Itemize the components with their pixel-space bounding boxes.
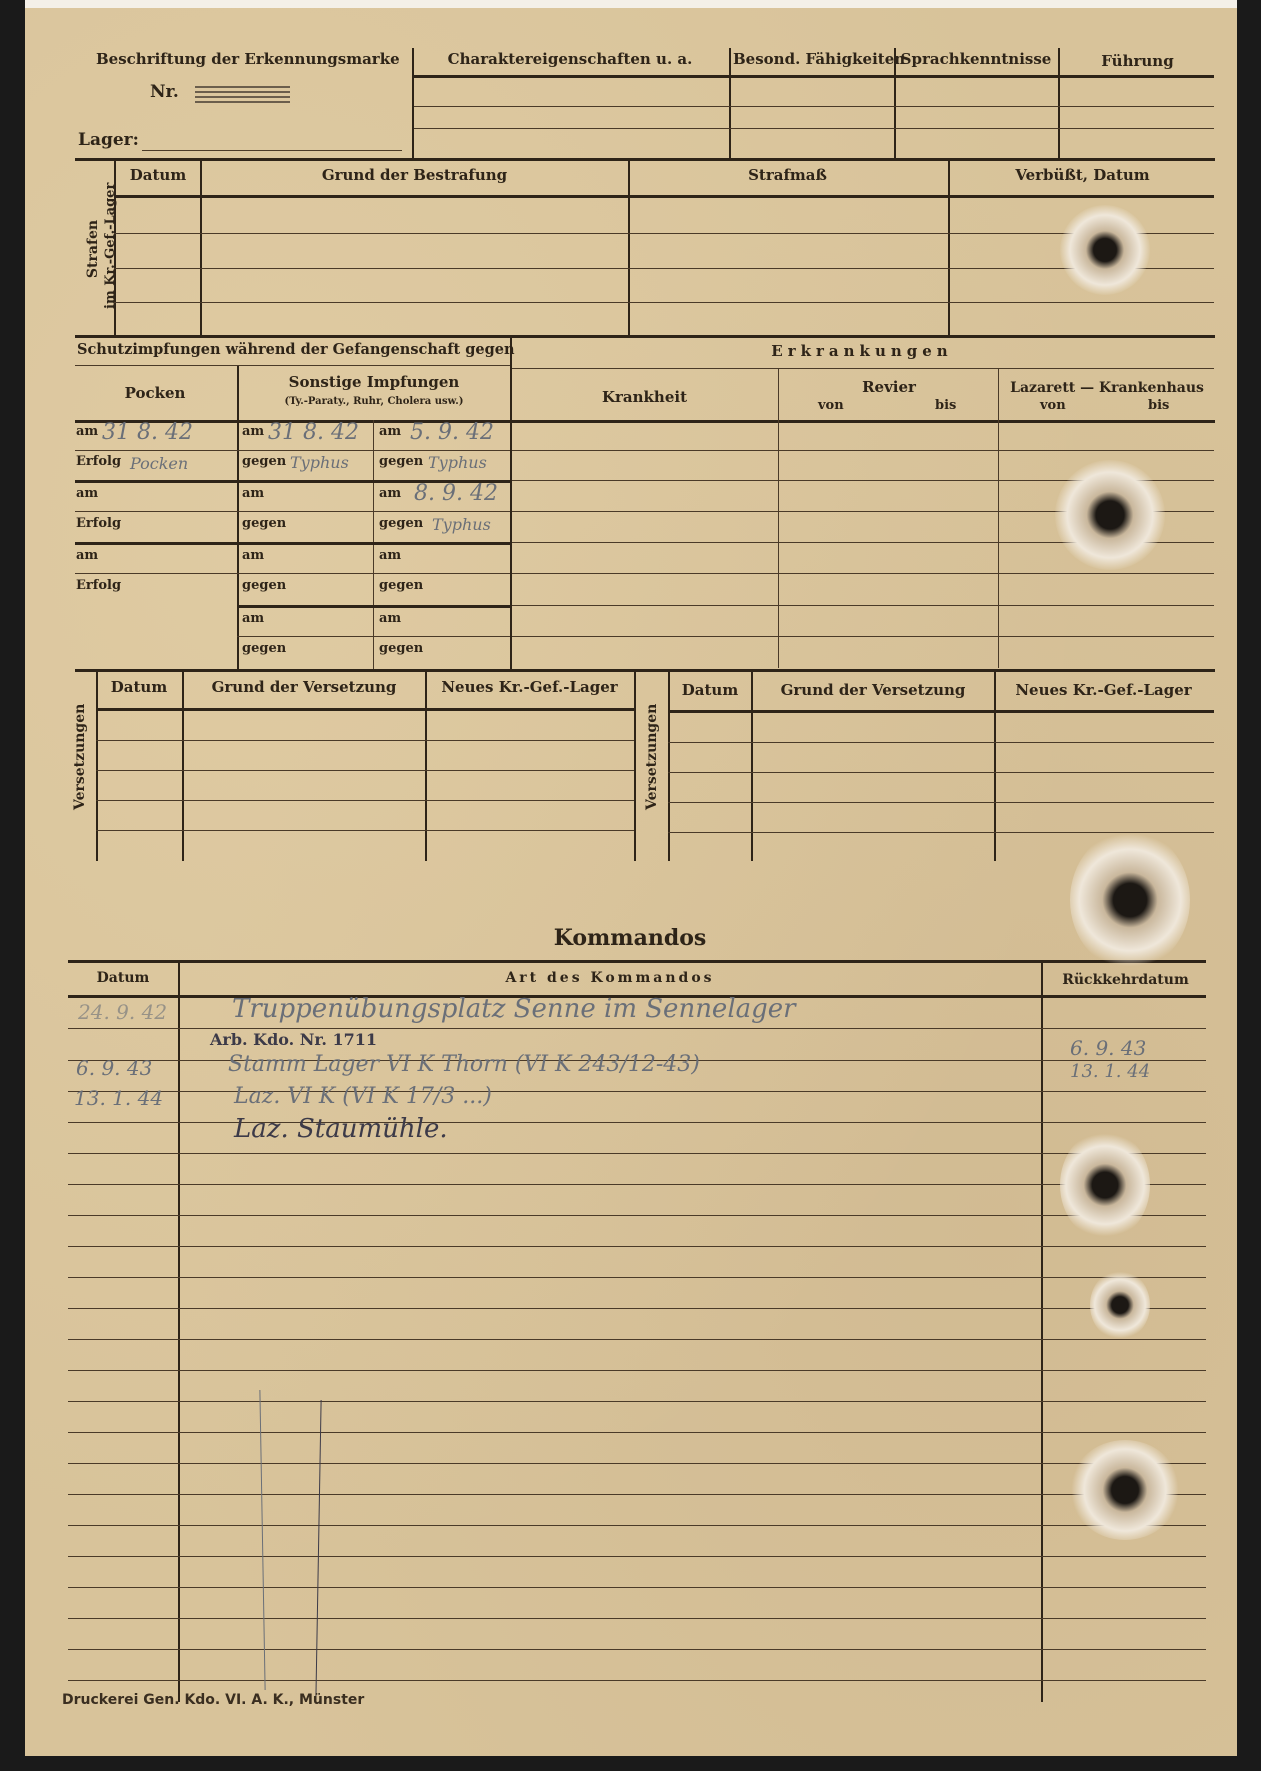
neues-lager-header-left: Neues Kr.-Gef.-Lager	[427, 678, 632, 696]
header-row-rule	[414, 75, 1214, 78]
versetzungen-side-label-left: Versetzungen	[72, 710, 88, 810]
versetzung-grund-header-left: Grund der Versetzung	[184, 678, 424, 696]
punch-hole	[1060, 205, 1150, 295]
impfung-date-2: 5. 9. 42	[410, 420, 494, 445]
pocken-result-1: Pocken	[130, 454, 188, 473]
kommando-rueckkehr-3: 13. 1. 44	[1070, 1061, 1150, 1082]
sprachkenntnisse-header: Sprachkenntnisse	[896, 50, 1056, 68]
kommando-datum-1: 24. 9. 42	[78, 1000, 167, 1024]
kommando-art-3: Stamm Lager VI K Thorn (VI K 243/12-43)	[228, 1052, 700, 1077]
faehigkeiten-header: Besond. Fähigkeiten	[733, 50, 905, 68]
neues-lager-header-right: Neues Kr.-Gef.-Lager	[996, 681, 1211, 699]
revier-header: Revier	[780, 378, 998, 396]
kommando-datum-3: 6. 9. 43	[76, 1056, 152, 1080]
nr-label: Nr.	[150, 82, 179, 102]
strafmass-header: Strafmaß	[630, 166, 945, 184]
kommando-art-5: Laz. Staumühle.	[234, 1114, 448, 1144]
charakter-header: Charaktereigenschaften u. a.	[415, 50, 725, 68]
kommando-stamp-arb-kdo: Arb. Kdo. Nr. 1711	[210, 1030, 377, 1049]
impfung-against-1: Typhus	[290, 453, 349, 472]
impfung-date-3: 8. 9. 42	[414, 481, 498, 506]
kommandos-title: Kommandos	[60, 925, 1200, 951]
kommando-art-4: Laz. VI K (VI K 17/3 ...)	[234, 1084, 492, 1109]
lazarett-header: Lazarett — Krankenhaus	[1000, 380, 1214, 396]
punch-hole	[1070, 830, 1190, 970]
versetzung-datum-header-left: Datum	[98, 678, 180, 696]
impfungen-title: Schutzimpfungen während der Gefangenscha…	[77, 341, 515, 358]
sonstige-impfungen-header: Sonstige Impfungen	[239, 373, 509, 391]
krankheit-header: Krankheit	[512, 388, 777, 406]
art-des-kommandos-header: Art des Kommandos	[180, 970, 1040, 986]
impfung-against-3: Typhus	[432, 515, 491, 534]
versetzung-grund-header-right: Grund der Versetzung	[753, 681, 993, 699]
punch-hole	[1090, 1270, 1150, 1340]
printer-imprint: Druckerei Gen. Kdo. VI. A. K., Münster	[62, 1692, 364, 1708]
erkennungsmarke-label: Beschriftung der Erkennungsmarke	[96, 50, 400, 68]
verbuesst-header: Verbüßt, Datum	[950, 166, 1215, 184]
punch-hole	[1060, 1130, 1150, 1240]
punch-hole	[1070, 1440, 1180, 1540]
kommando-rueckkehr-2: 6. 9. 43	[1070, 1036, 1146, 1060]
versetzungen-side-label-right: Versetzungen	[644, 710, 660, 810]
punch-hole	[1055, 460, 1165, 570]
sonstige-impfungen-subheader: (Ty.-Paraty., Ruhr, Cholera usw.)	[239, 396, 509, 407]
kommando-datum-header: Datum	[68, 970, 178, 986]
strafen-datum-header: Datum	[116, 166, 200, 184]
erkrankungen-title: Erkrankungen	[512, 342, 1212, 360]
kommando-datum-4: 13. 1. 44	[74, 1086, 163, 1110]
rueckkehrdatum-header: Rückkehrdatum	[1043, 972, 1208, 988]
fuehrung-header: Führung	[1060, 52, 1215, 70]
lager-label: Lager:	[78, 130, 139, 150]
pocken-date-1: 31 8. 42	[102, 420, 193, 445]
kommando-art-1: Truppenübungsplatz Senne im Sennelager	[232, 994, 796, 1024]
pocken-header: Pocken	[75, 384, 235, 402]
versetzung-datum-header-right: Datum	[670, 681, 750, 699]
grund-bestrafung-header: Grund der Bestrafung	[202, 166, 627, 184]
impfung-against-2: Typhus	[428, 453, 487, 472]
impfung-date-1: 31 8. 42	[268, 420, 359, 445]
